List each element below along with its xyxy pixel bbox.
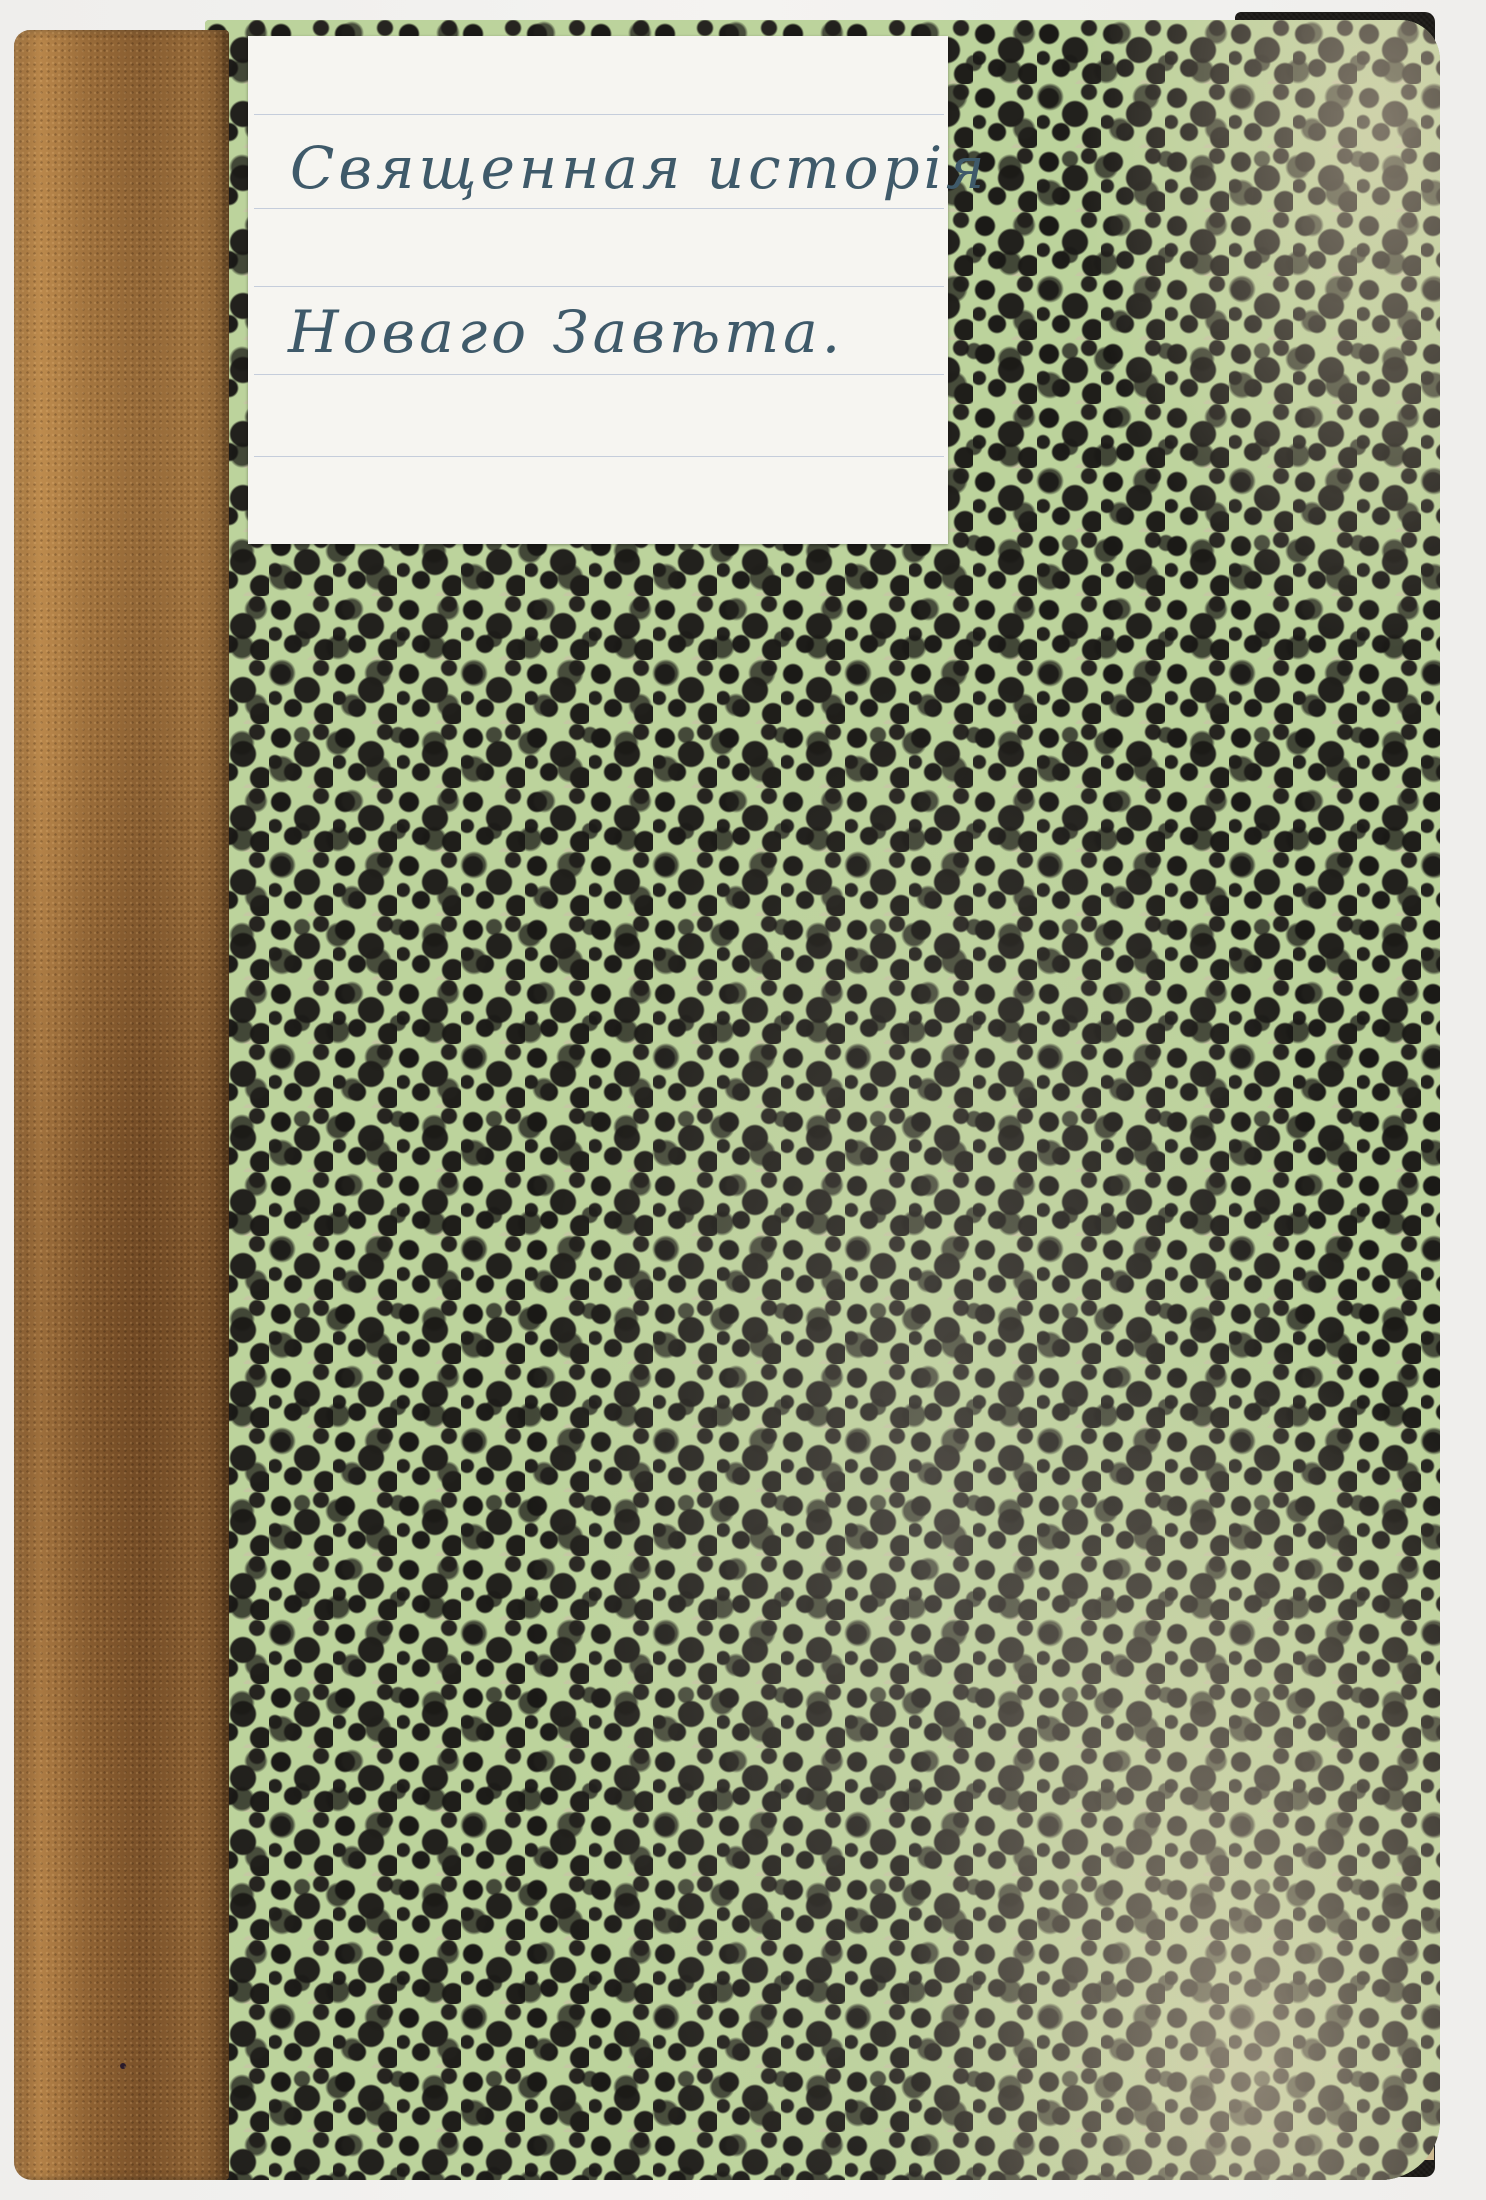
label-ruling (254, 208, 944, 209)
label-ruling (254, 286, 944, 287)
label-ruling (254, 114, 944, 115)
title-label: Священная исторія Новаго Завѣта. (248, 36, 948, 544)
label-title-line-1: Священная исторія (290, 134, 928, 202)
spine-hole (120, 2063, 126, 2069)
label-ruling (254, 456, 944, 457)
label-title-line-2: Новаго Завѣта. (288, 298, 928, 366)
label-ruling (254, 374, 944, 375)
leather-spine (14, 30, 229, 2180)
photo-stage: Священная исторія Новаго Завѣта. (0, 0, 1486, 2200)
